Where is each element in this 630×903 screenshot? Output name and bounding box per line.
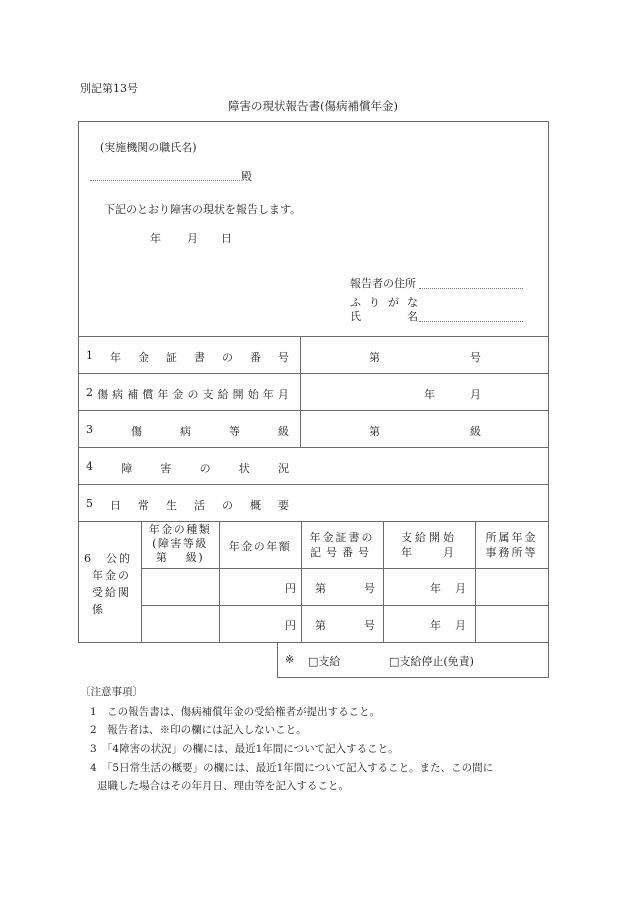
col-header-annual-amount: 年金の年額	[219, 538, 301, 554]
note-item: 4 「5日常生活の概要」の欄には、最近1年間について記入すること。また、この間に	[90, 760, 493, 775]
date-year-label: 年	[150, 230, 161, 246]
cert-prefix: 第	[315, 580, 326, 596]
start-month-label: 月	[470, 386, 481, 402]
row-label: 2傷病補償年金の支給開始年月	[86, 386, 289, 402]
honorific: 殿	[241, 168, 252, 184]
date-day-label: 日	[221, 230, 232, 246]
cert-suffix: 号	[470, 349, 481, 365]
section6-label: 6 公的 年金の 受給関 係	[84, 550, 138, 618]
addressee-label: (実施機関の職氏名)	[100, 139, 197, 155]
document-title: 障害の現状報告書(傷病補償年金)	[228, 98, 398, 114]
note-item: 1 この報告書は、傷病補償年金の受給権者が提出すること。	[90, 704, 380, 719]
col-header-pension-type: 年金の種類 (障害等級 第 級)	[141, 523, 219, 565]
start-month: 月	[455, 580, 466, 596]
yen-unit: 円	[285, 580, 296, 596]
cert-prefix: 第	[369, 349, 380, 365]
date-month-label: 月	[187, 230, 198, 246]
row-disability-status: 4障害の状況	[86, 460, 289, 476]
yen-unit: 円	[285, 617, 296, 633]
addressee-field[interactable]	[90, 180, 240, 181]
start-month: 月	[455, 617, 466, 633]
note-item: 2 報告者は、※印の欄には記入しないこと。	[90, 722, 307, 737]
reporter-name-field[interactable]	[419, 321, 523, 322]
office-use-mark: ※	[285, 653, 294, 666]
col-header-pension-office: 所属年金 事務所等	[475, 530, 548, 560]
note-item: 3 「4障害の状況」の欄には、最近1年間について記入すること。	[90, 741, 399, 756]
col-header-cert-code: 年金証書の 記号番号	[301, 530, 383, 560]
checkbox-payment-suspended[interactable]: □支給停止(免責)	[389, 653, 474, 669]
cert-suffix: 号	[364, 580, 375, 596]
name-label: 氏 名	[350, 308, 418, 324]
row-label: 3傷病等級	[86, 423, 289, 439]
intro-text: 下記のとおり障害の現状を報告します。	[104, 201, 301, 217]
cert-prefix: 第	[315, 617, 326, 633]
form-number: 別記第13号	[80, 80, 138, 96]
row-daily-life: 5日常生活の概要	[86, 497, 289, 513]
checkbox-payment[interactable]: □支給	[308, 653, 340, 669]
grade-suffix: 級	[470, 423, 481, 439]
cert-suffix: 号	[364, 617, 375, 633]
notes-heading: 〔注意事項〕	[80, 684, 143, 699]
grade-prefix: 第	[369, 423, 380, 439]
note-item-continued: 退職した場合はその年月日、理由等を記入すること。	[97, 778, 349, 793]
start-year: 年	[430, 580, 441, 596]
start-year-label: 年	[424, 386, 435, 402]
row-label: 1年金証書の番号	[86, 349, 289, 365]
start-year: 年	[430, 617, 441, 633]
col-header-start-date: 支給開始 年 月	[383, 530, 475, 560]
reporter-address-label: 報告者の住所	[350, 275, 416, 291]
reporter-address-field[interactable]	[419, 288, 523, 289]
